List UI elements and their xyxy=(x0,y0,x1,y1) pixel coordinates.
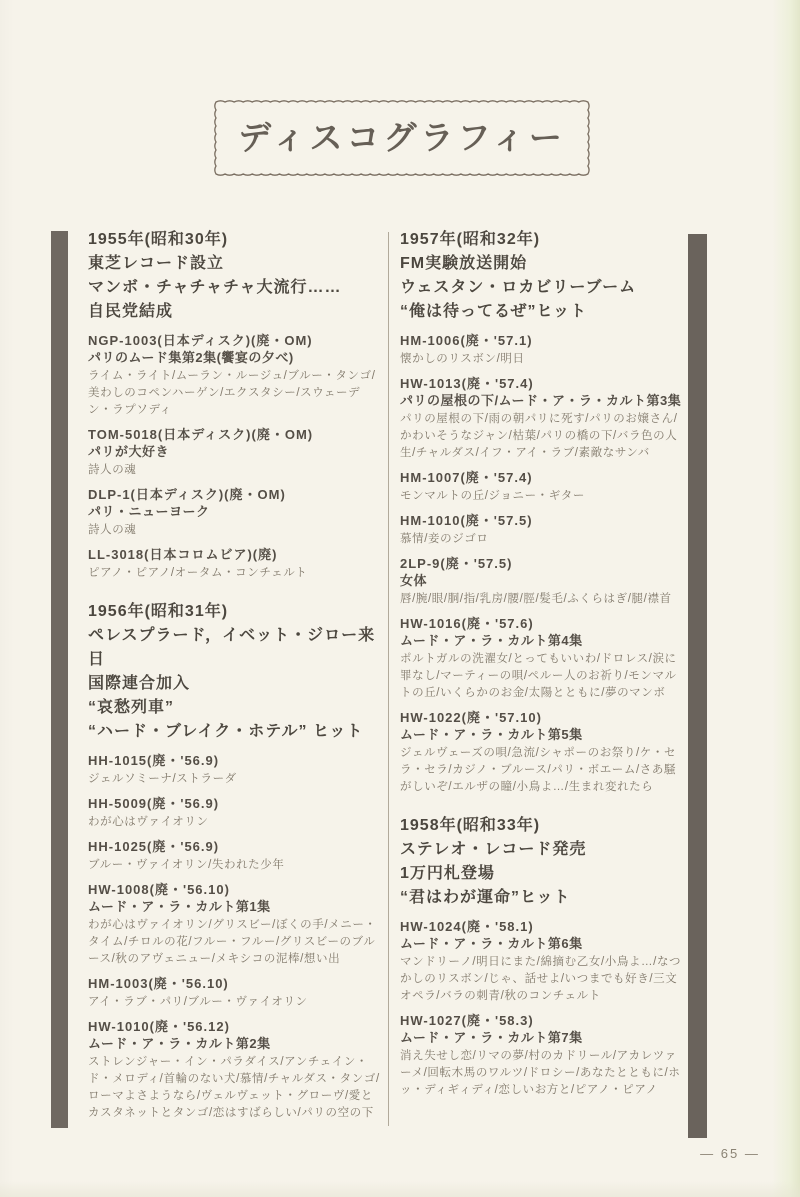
record-entry: HM-1007(廃・'57.4) モンマルトの丘/ジョニー・ギター xyxy=(400,469,688,505)
catalog-number: HW-1013(廃・'57.4) xyxy=(400,375,688,392)
catalog-number: HH-5009(廃・'56.9) xyxy=(88,795,384,812)
heading-line: “君はわが運命”ヒット xyxy=(400,886,688,910)
record-entry: HW-1013(廃・'57.4) パリの屋根の下/ムード・ア・ラ・カルト第3集 … xyxy=(400,375,688,462)
year-section-1956: 1956年(昭和31年) ペレスプラード，イベット・ジロー来日 国際連合加入 “… xyxy=(88,600,384,1122)
year-section-1958: 1958年(昭和33年) ステレオ・レコード発売 1万円札登場 “君はわが運命”… xyxy=(400,814,688,1099)
album-title: ムード・ア・ラ・カルト第4集 xyxy=(400,632,688,649)
record-entry: HH-1025(廃・'56.9) ブルー・ヴァイオリン/失われた少年 xyxy=(88,838,384,874)
track-list: モンマルトの丘/ジョニー・ギター xyxy=(400,488,688,505)
record-entry: 2LP-9(廃・'57.5) 女体 唇/腕/眼/胴/指/乳房/腰/脛/髪毛/ふく… xyxy=(400,555,688,608)
album-title: パリの屋根の下/ムード・ア・ラ・カルト第3集 xyxy=(400,392,688,409)
record-entry: DLP-1(日本ディスク)(廃・OM) パリ・ニューヨーク 詩人の魂 xyxy=(88,486,384,539)
album-title: パリが大好き xyxy=(88,443,384,460)
track-list: 慕情/妾のジゴロ xyxy=(400,531,688,548)
heading-line: 国際連合加入 xyxy=(88,672,384,696)
record-entry: HW-1016(廃・'57.6) ムード・ア・ラ・カルト第4集 ポルトガルの洗濯… xyxy=(400,615,688,702)
column-divider-rule xyxy=(388,232,389,1126)
track-list: ライム・ライト/ムーラン・ルージュ/ブルー・タンゴ/美わしのコペンハーゲン/エク… xyxy=(88,368,384,419)
track-list: アイ・ラブ・パリ/ブルー・ヴァイオリン xyxy=(88,994,384,1011)
record-entry: HM-1006(廃・'57.1) 懐かしのリスボン/明日 xyxy=(400,332,688,368)
catalog-number: HW-1010(廃・'56.12) xyxy=(88,1018,384,1035)
page-title: ディスコグラフィー xyxy=(212,98,592,178)
catalog-number: HM-1010(廃・'57.5) xyxy=(400,512,688,529)
album-title: ムード・ア・ラ・カルト第1集 xyxy=(88,898,384,915)
record-entry: HM-1003(廃・'56.10) アイ・ラブ・パリ/ブルー・ヴァイオリン xyxy=(88,975,384,1011)
track-list: わが心はヴァイオリン xyxy=(88,814,384,831)
track-list: ピアノ・ピアノ/オータム・コンチェルト xyxy=(88,565,384,582)
heading-line: ペレスプラード，イベット・ジロー来日 xyxy=(88,624,384,672)
year-heading-1958: 1958年(昭和33年) ステレオ・レコード発売 1万円札登場 “君はわが運命”… xyxy=(400,814,688,910)
left-column: 1955年(昭和30年) 東芝レコード設立 マンボ・チャチャチャ大流行…… 自民… xyxy=(88,228,384,1122)
page-title-box: ディスコグラフィー xyxy=(212,98,592,178)
heading-line: 1万円札登場 xyxy=(400,862,688,886)
track-list: ジェルヴェーズの唄/急流/シャポーのお祭り/ケ・セラ・セラ/カジノ・ブルース/パ… xyxy=(400,745,688,796)
record-entry: HW-1027(廃・'58.3) ムード・ア・ラ・カルト第7集 消え失せし恋/リ… xyxy=(400,1012,688,1099)
catalog-number: HM-1007(廃・'57.4) xyxy=(400,469,688,486)
catalog-number: HM-1003(廃・'56.10) xyxy=(88,975,384,992)
record-entry: HW-1024(廃・'58.1) ムード・ア・ラ・カルト第6集 マンドリーノ/明… xyxy=(400,918,688,1005)
heading-line: “俺は待ってるぜ”ヒット xyxy=(400,300,688,324)
heading-line: 東芝レコード設立 xyxy=(88,252,384,276)
record-entry: HH-1015(廃・'56.9) ジェルソミーナ/ストラーダ xyxy=(88,752,384,788)
year-heading-1955: 1955年(昭和30年) 東芝レコード設立 マンボ・チャチャチャ大流行…… 自民… xyxy=(88,228,384,324)
catalog-number: HM-1006(廃・'57.1) xyxy=(400,332,688,349)
right-margin-bar xyxy=(688,234,707,1138)
track-list: 詩人の魂 xyxy=(88,462,384,479)
catalog-number: LL-3018(日本コロムビア)(廃) xyxy=(88,546,384,563)
heading-line: “ハード・ブレイク・ホテル” ヒット xyxy=(88,720,384,744)
heading-line: 1958年(昭和33年) xyxy=(400,814,688,838)
catalog-number: NGP-1003(日本ディスク)(廃・OM) xyxy=(88,332,384,349)
record-entry: HW-1010(廃・'56.12) ムード・ア・ラ・カルト第2集 ストレンジャー… xyxy=(88,1018,384,1122)
catalog-number: HW-1016(廃・'57.6) xyxy=(400,615,688,632)
album-title: パリ・ニューヨーク xyxy=(88,503,384,520)
album-title: ムード・ア・ラ・カルト第5集 xyxy=(400,726,688,743)
track-list: 唇/腕/眼/胴/指/乳房/腰/脛/髪毛/ふくらはぎ/腿/襟首 xyxy=(400,591,688,608)
catalog-number: HH-1015(廃・'56.9) xyxy=(88,752,384,769)
record-entry: LL-3018(日本コロムビア)(廃) ピアノ・ピアノ/オータム・コンチェルト xyxy=(88,546,384,582)
year-heading-1957: 1957年(昭和32年) FM実験放送開始 ウェスタン・ロカビリーブーム “俺は… xyxy=(400,228,688,324)
heading-line: FM実験放送開始 xyxy=(400,252,688,276)
heading-line: ステレオ・レコード発売 xyxy=(400,838,688,862)
record-entry: NGP-1003(日本ディスク)(廃・OM) パリのムード集第2集(饗宴の夕べ)… xyxy=(88,332,384,419)
catalog-number: DLP-1(日本ディスク)(廃・OM) xyxy=(88,486,384,503)
record-entry: HW-1008(廃・'56.10) ムード・ア・ラ・カルト第1集 わが心はヴァイ… xyxy=(88,881,384,968)
track-list: ブルー・ヴァイオリン/失われた少年 xyxy=(88,857,384,874)
track-list: 懐かしのリスボン/明日 xyxy=(400,351,688,368)
album-title: パリのムード集第2集(饗宴の夕べ) xyxy=(88,349,384,366)
catalog-number: HW-1022(廃・'57.10) xyxy=(400,709,688,726)
catalog-number: HH-1025(廃・'56.9) xyxy=(88,838,384,855)
catalog-number: HW-1027(廃・'58.3) xyxy=(400,1012,688,1029)
page-number: — 65 — xyxy=(690,1146,770,1161)
album-title: ムード・ア・ラ・カルト第6集 xyxy=(400,935,688,952)
heading-line: 1957年(昭和32年) xyxy=(400,228,688,252)
heading-line: ウェスタン・ロカビリーブーム xyxy=(400,276,688,300)
catalog-number: HW-1008(廃・'56.10) xyxy=(88,881,384,898)
catalog-number: TOM-5018(日本ディスク)(廃・OM) xyxy=(88,426,384,443)
album-title: ムード・ア・ラ・カルト第7集 xyxy=(400,1029,688,1046)
track-list: ジェルソミーナ/ストラーダ xyxy=(88,771,384,788)
right-column: 1957年(昭和32年) FM実験放送開始 ウェスタン・ロカビリーブーム “俺は… xyxy=(400,228,688,1099)
book-page: ディスコグラフィー 1955年(昭和30年) 東芝レコード設立 マンボ・チャチャ… xyxy=(0,0,800,1197)
heading-line: 自民党結成 xyxy=(88,300,384,324)
year-section-1955: 1955年(昭和30年) 東芝レコード設立 マンボ・チャチャチャ大流行…… 自民… xyxy=(88,228,384,582)
year-section-1957: 1957年(昭和32年) FM実験放送開始 ウェスタン・ロカビリーブーム “俺は… xyxy=(400,228,688,796)
record-entry: TOM-5018(日本ディスク)(廃・OM) パリが大好き 詩人の魂 xyxy=(88,426,384,479)
track-list: ポルトガルの洗濯女/とってもいいわ/ドロレス/涙に罪なし/マーティーの唄/ペルー… xyxy=(400,651,688,702)
album-title: 女体 xyxy=(400,572,688,589)
track-list: パリの屋根の下/雨の朝パリに死す/パリのお嬢さん/かわいそうなジャン/枯葉/パリ… xyxy=(400,411,688,462)
record-entry: HM-1010(廃・'57.5) 慕情/妾のジゴロ xyxy=(400,512,688,548)
left-margin-bar xyxy=(51,231,68,1128)
catalog-number: 2LP-9(廃・'57.5) xyxy=(400,555,688,572)
record-entry: HH-5009(廃・'56.9) わが心はヴァイオリン xyxy=(88,795,384,831)
album-title: ムード・ア・ラ・カルト第2集 xyxy=(88,1035,384,1052)
catalog-number: HW-1024(廃・'58.1) xyxy=(400,918,688,935)
heading-line: 1955年(昭和30年) xyxy=(88,228,384,252)
heading-line: 1956年(昭和31年) xyxy=(88,600,384,624)
year-heading-1956: 1956年(昭和31年) ペレスプラード，イベット・ジロー来日 国際連合加入 “… xyxy=(88,600,384,744)
record-entry: HW-1022(廃・'57.10) ムード・ア・ラ・カルト第5集 ジェルヴェーズ… xyxy=(400,709,688,796)
track-list: 詩人の魂 xyxy=(88,522,384,539)
track-list: 消え失せし恋/リマの夢/村のカドリール/アカレツァーメ/回転木馬のワルツ/ドロシ… xyxy=(400,1048,688,1099)
heading-line: “哀愁列車” xyxy=(88,696,384,720)
track-list: マンドリーノ/明日にまた/綿摘む乙女/小鳥よ…/なつかしのリスボン/じゃ、話せよ… xyxy=(400,954,688,1005)
track-list: ストレンジャー・イン・パラダイス/アンチェイン・ド・メロディ/首輪のない犬/慕情… xyxy=(88,1054,384,1122)
heading-line: マンボ・チャチャチャ大流行…… xyxy=(88,276,384,300)
track-list: わが心はヴァイオリン/グリスビー/ぼくの手/メニー・タイム/チロルの花/フルー・… xyxy=(88,917,384,968)
